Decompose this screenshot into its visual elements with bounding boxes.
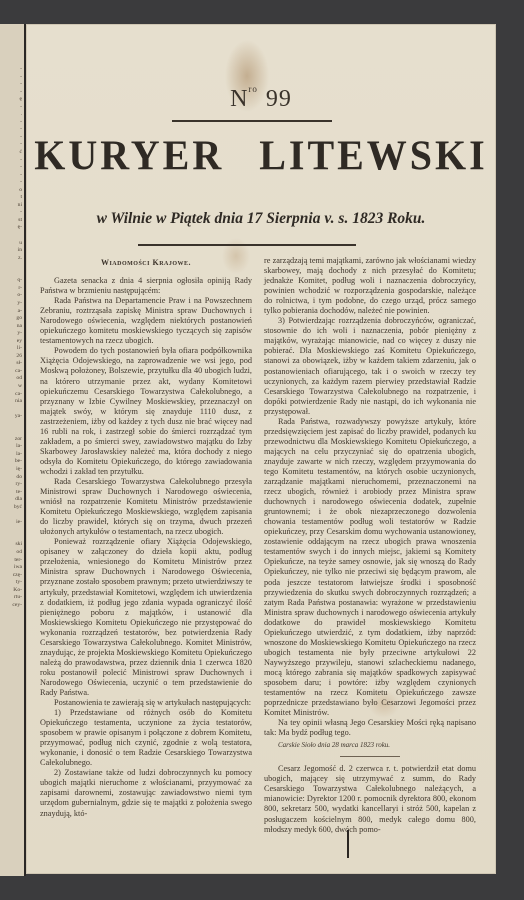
article-divider [340,756,400,757]
paragraph: Rada Państwa na Departamencie Praw i na … [40,296,252,346]
issue-number: Nro99 [26,84,496,113]
paragraph: Rada Cesarskiego Towarzystwa Całekolubne… [40,477,252,537]
issue-number-value: 99 [266,86,292,112]
signature-line: Carskie Sioło dnia 28 marca 1823 roku. [264,740,476,750]
paragraph: 1) Przedstawiane od różnych osób do Komi… [40,708,252,768]
adjacent-page-text-fragments: - - - - ę - . - - - - ć - - - - o t ni -… [0,24,24,609]
paragraph: Na tey opinii własną Jego Cesarskiey Moś… [264,718,476,738]
paragraph: 2) Zostawiane także od ludzi dobroczynny… [40,768,252,818]
masthead: Nro99 KURYER LITEWSKI w Wilnie w Piątek … [26,24,496,234]
paragraph: Powodem do tych postanowień była ofiara … [40,346,252,477]
paragraph: Cesarz Jegomość d. 2 czerwca r. t. potwi… [264,764,476,834]
paragraph: Ponieważ rozrządzenie ofiary Xiążęcia Od… [40,537,252,698]
newspaper-title: KURYER LITEWSKI [26,131,496,180]
paper-crease [347,830,349,858]
left-column: Wiadomości Krajowe. Gazeta senacka z dni… [40,256,252,819]
issue-prefix: N [230,86,248,112]
masthead-rule-top [172,120,332,122]
adjacent-page-edge: - - - - ę - . - - - - ć - - - - o t ni -… [0,24,26,876]
dateline: w Wilnie w Piątek dnia 17 Sierpnia v. s.… [26,210,496,228]
paragraph: re zarządzają temi majątkami, zarówno ja… [264,256,476,316]
paragraph: 3) Potwierdzając rozrządzenia dobroczyńc… [264,316,476,416]
issue-superscript: ro [248,84,258,94]
section-heading: Wiadomości Krajowe. [40,258,252,268]
paragraph: Gazeta senacka z dnia 4 sierpnia ogłosił… [40,276,252,296]
paragraph: Rada Państwa, rozwadywszy powyższe artyk… [264,417,476,718]
newspaper-page: Nro99 KURYER LITEWSKI w Wilnie w Piątek … [26,24,496,874]
paragraph: Postanowienia te zawierają się w artykuł… [40,698,252,708]
masthead-rule-bottom [138,244,356,246]
right-column: re zarządzają temi majątkami, zarówno ja… [264,256,476,835]
article-columns: Wiadomości Krajowe. Gazeta senacka z dni… [36,256,486,866]
